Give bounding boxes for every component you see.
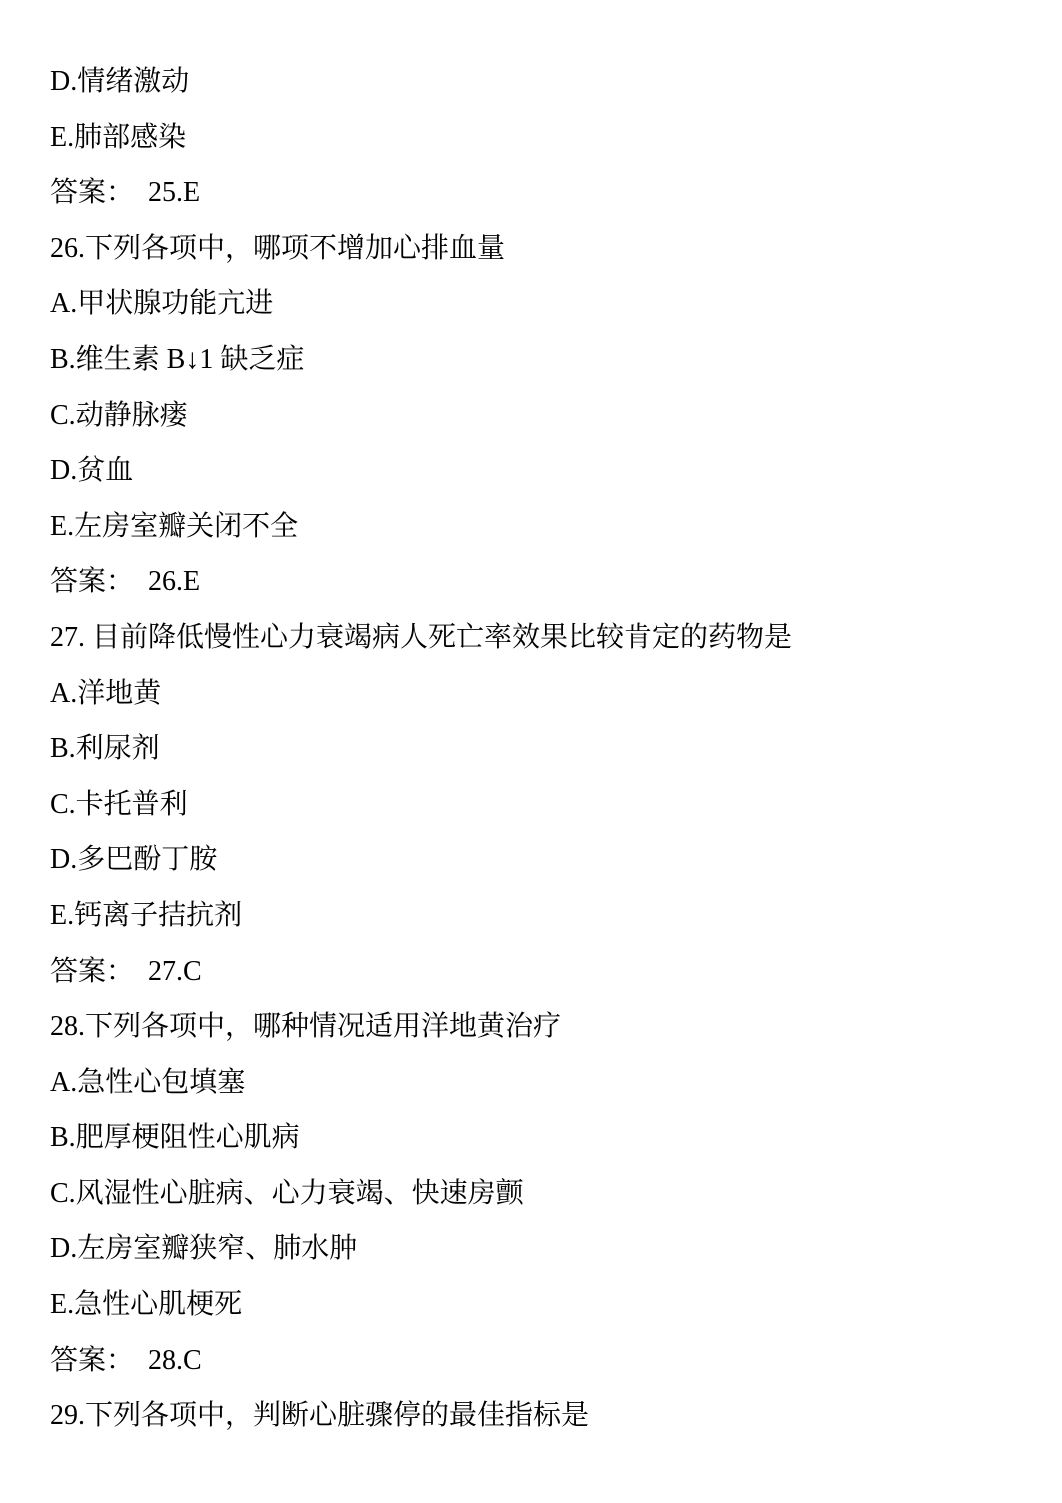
document-line-option: E.肺部感染	[50, 110, 1032, 166]
document-line-question: 28.下列各项中，哪种情况适用洋地黄治疗	[50, 999, 1032, 1055]
document-line-question: 27. 目前降低慢性心力衰竭病人死亡率效果比较肯定的药物是	[50, 610, 1032, 666]
document-line-answer: 答案： 27.C	[50, 944, 1032, 1000]
document-line-answer: 答案： 28.C	[50, 1333, 1032, 1389]
document-line-option: A.甲状腺功能亢进	[50, 276, 1032, 332]
document-line-option: B.肥厚梗阻性心肌病	[50, 1110, 1032, 1166]
document-line-option: D.情绪激动	[50, 54, 1032, 110]
document-line-option: E.钙离子拮抗剂	[50, 888, 1032, 944]
document-line-option: C.卡托普利	[50, 777, 1032, 833]
document-line-option: B.维生素 B↓1 缺乏症	[50, 332, 1032, 388]
document-page: D.情绪激动E.肺部感染答案： 25.E26.下列各项中，哪项不增加心排血量A.…	[0, 0, 1062, 1503]
document-line-option: E.左房室瓣关闭不全	[50, 499, 1032, 555]
document-line-answer: 答案： 25.E	[50, 165, 1032, 221]
document-line-option: A.急性心包填塞	[50, 1055, 1032, 1111]
document-line-option: D.左房室瓣狭窄、肺水肿	[50, 1221, 1032, 1277]
document-line-answer: 答案： 26.E	[50, 554, 1032, 610]
document-line-option: D.贫血	[50, 443, 1032, 499]
document-line-option: A.洋地黄	[50, 666, 1032, 722]
document-line-question: 26.下列各项中，哪项不增加心排血量	[50, 221, 1032, 277]
document-line-option: C.风湿性心脏病、心力衰竭、快速房颤	[50, 1166, 1032, 1222]
document-line-option: E.急性心肌梗死	[50, 1277, 1032, 1333]
document-line-option: B.利尿剂	[50, 721, 1032, 777]
document-line-option: C.动静脉瘘	[50, 388, 1032, 444]
document-line-option: D.多巴酚丁胺	[50, 832, 1032, 888]
document-line-question: 29.下列各项中，判断心脏骤停的最佳指标是	[50, 1388, 1032, 1444]
